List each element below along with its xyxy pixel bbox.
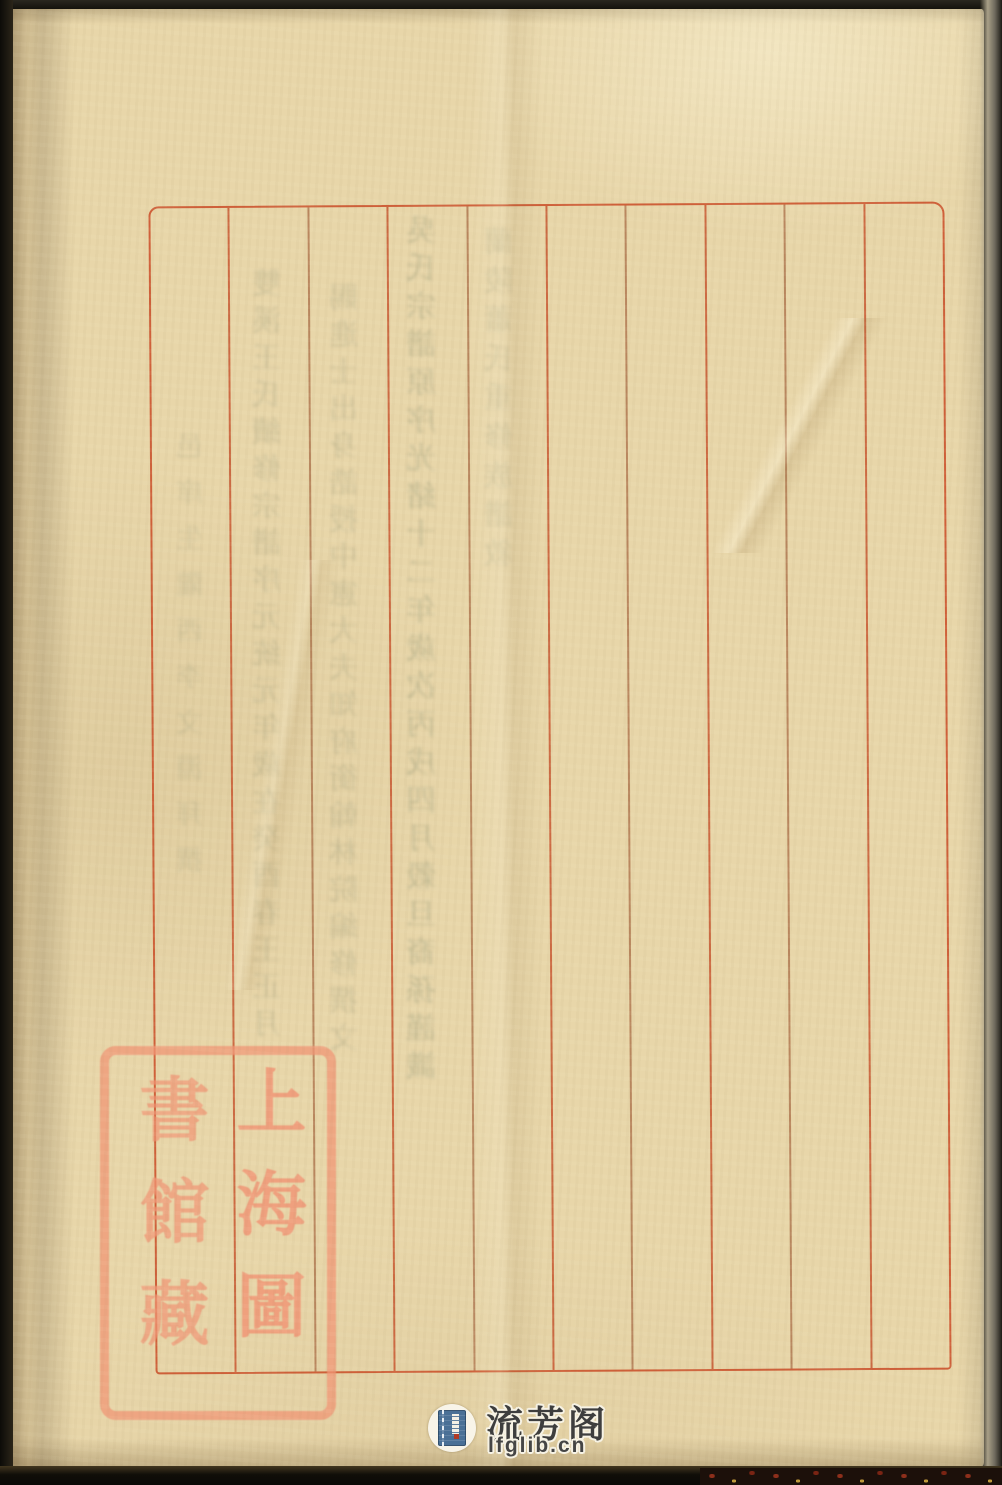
- grid-column: [865, 204, 950, 1368]
- watermark-badge-circle: [428, 1404, 476, 1452]
- grid-column: [468, 206, 555, 1370]
- grid-column: [706, 205, 793, 1369]
- watermark-site-url: lfglib.cn: [488, 1434, 587, 1458]
- book-seal-dot-icon: [454, 1434, 459, 1439]
- site-watermark: 流芳阁 lfglib.cn: [424, 1396, 624, 1460]
- grid-column: [786, 204, 873, 1368]
- seal-text-left: 書館藏: [117, 1073, 218, 1379]
- marbled-cover-edge: [700, 1468, 1002, 1485]
- book-title-slip-icon: [451, 1412, 460, 1436]
- grid-column: [547, 206, 634, 1370]
- library-seal: 上海圖 書館藏: [100, 1046, 336, 1420]
- grid-column: [389, 206, 476, 1370]
- seal-text-right: 上海圖: [214, 1065, 315, 1371]
- book-scan-page: { "page": { "description": "空白紅格書葉 (blan…: [0, 0, 1002, 1485]
- book-icon: [438, 1410, 466, 1446]
- grid-column: [627, 205, 714, 1369]
- book-stitching-icon: [442, 1410, 444, 1446]
